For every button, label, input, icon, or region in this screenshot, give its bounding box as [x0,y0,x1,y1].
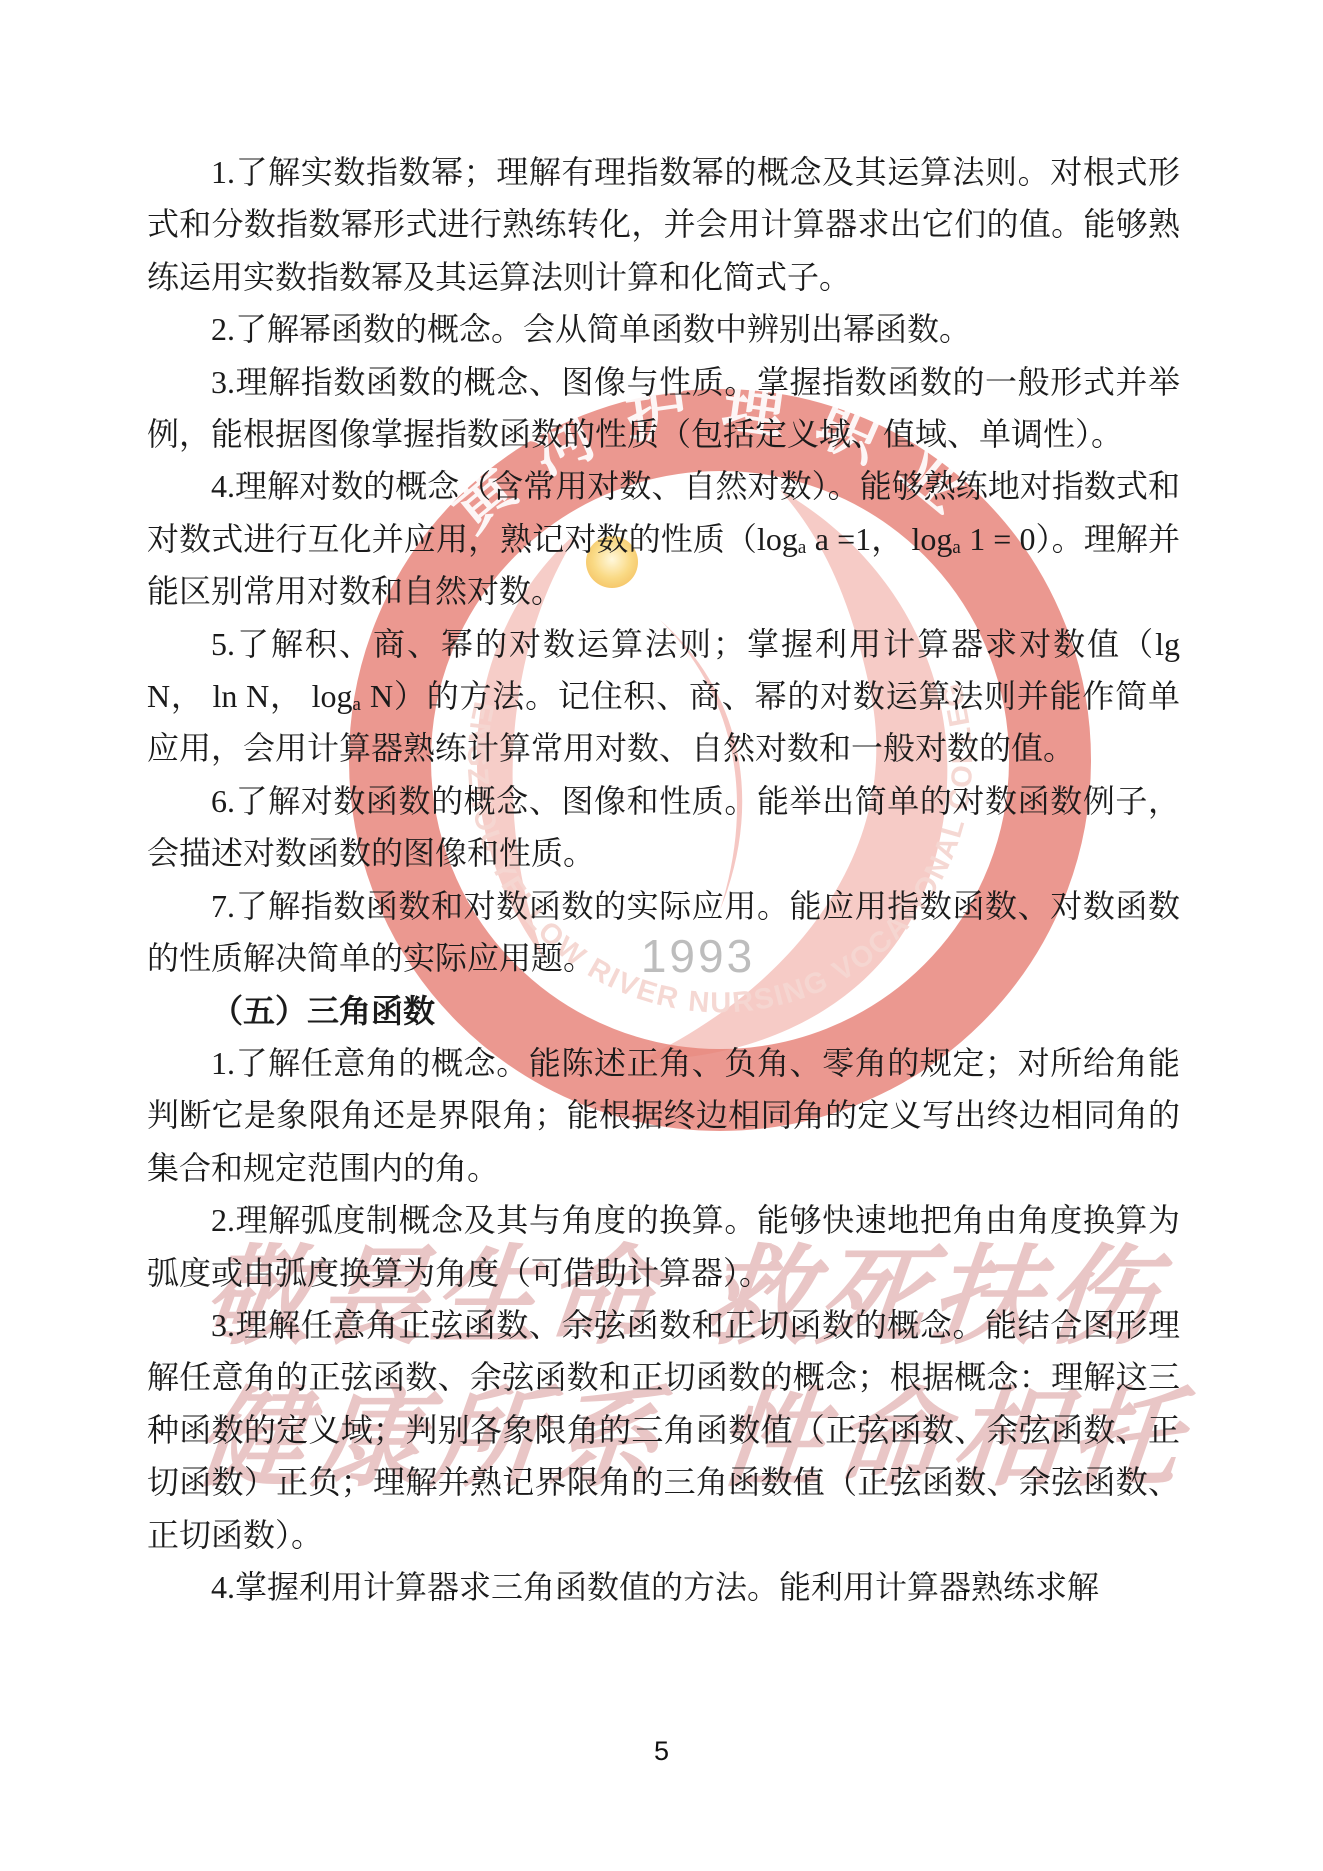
paragraph-calculator-trig: 4.掌握利用计算器求三角函数值的方法。能利用计算器熟练求解 [147,1561,1180,1613]
paragraph-log-operation-rules: 5.了解积、商、幂的对数运算法则；掌握利用计算器求对数值（lg N， ln N，… [147,618,1180,775]
document-body: 1.了解实数指数幂；理解有理指数幂的概念及其运算法则。对根式形式和分数指数幂形式… [147,146,1180,1613]
paragraph-exponent-power: 1.了解实数指数幂；理解有理指数幂的概念及其运算法则。对根式形式和分数指数幂形式… [147,146,1180,303]
paragraph-radian: 2.理解弧度制概念及其与角度的换算。能够快速地把角由角度换算为弧度或由弧度换算为… [147,1194,1180,1299]
paragraph-logarithm-concept: 4.理解对数的概念（含常用对数、自然对数）。能够熟练地对指数式和对数式进行互化并… [147,460,1180,617]
paragraph-angle-concept: 1.了解任意角的概念。能陈述正角、负角、零角的规定；对所给角能判断它是象限角还是… [147,1037,1180,1194]
section-heading-trigonometry: （五）三角函数 [147,985,1180,1037]
paragraph-log-function: 6.了解对数函数的概念、图像和性质。能举出简单的对数函数例子，会描述对数函数的图… [147,775,1180,880]
paragraph-power-function: 2.了解幂函数的概念。会从简单函数中辨别出幂函数。 [147,303,1180,355]
paragraph-applications: 7.了解指数函数和对数函数的实际应用。能应用指数函数、对数函数的性质解决简单的实… [147,880,1180,985]
paragraph-exponential-function: 3.理解指数函数的概念、图像与性质。掌握指数函数的一般形式并举例，能根据图像掌握… [147,356,1180,461]
page-number: 5 [0,1736,1323,1767]
document-page: 黄河护理职业 ZHENGZHOU YELLOW RIVER NURSING VO… [0,0,1323,1871]
paragraph-trig-functions: 3.理解任意角正弦函数、余弦函数和正切函数的概念。能结合图形理解任意角的正弦函数… [147,1299,1180,1561]
